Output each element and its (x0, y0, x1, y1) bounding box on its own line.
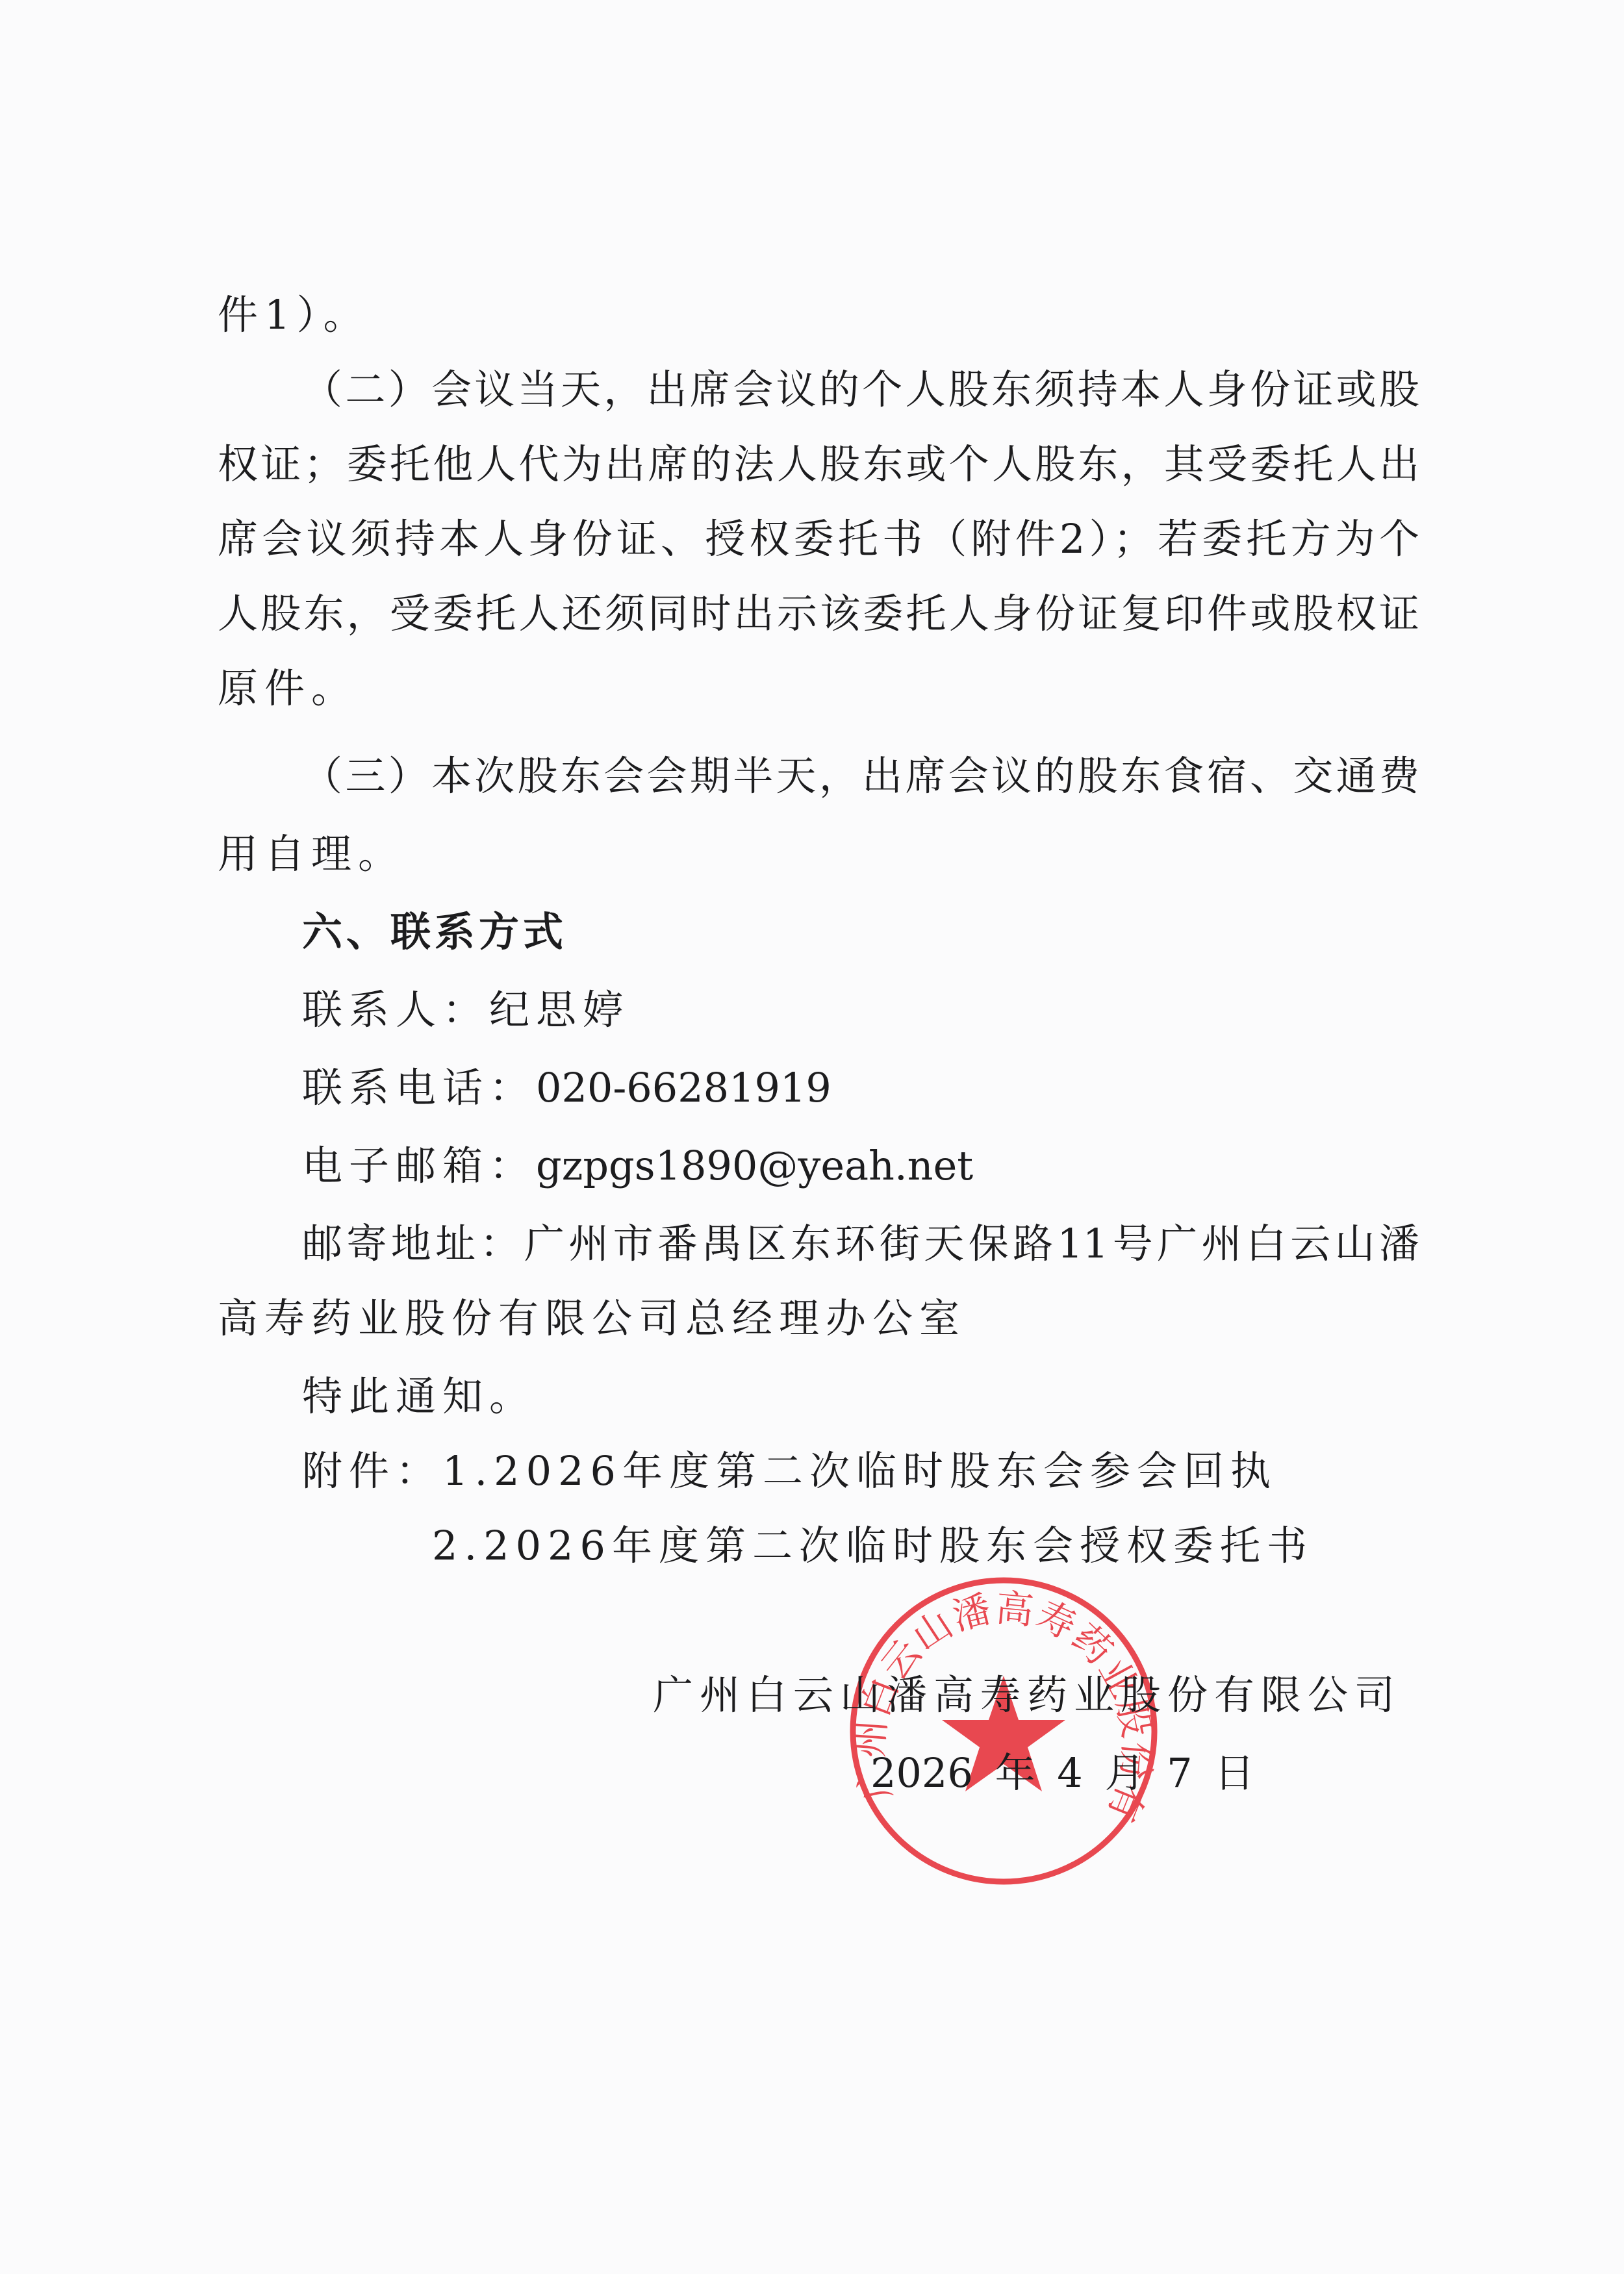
contact-address-line-1: 邮寄地址：广州市番禺区东环街天保路11号广州白云山潘 (302, 1218, 1419, 1270)
contact-address-label: 邮寄地址： (302, 1220, 524, 1267)
signature-date: 2026 年 4 月 7 日 (870, 1747, 1254, 1799)
contact-person-value: 纪思婷 (489, 986, 629, 1033)
contact-address-line-2: 高寿药业股份有限公司总经理办公室 (218, 1293, 966, 1345)
paragraph-3-line-1: （三）本次股东会会期半天，出席会议的股东食宿、交通费 (302, 750, 1419, 802)
section-heading-contact: 六、联系方式 (302, 906, 567, 958)
paragraph-2-line-2: 权证；委托他人代为出席的法人股东或个人股东，其受委托人出 (218, 438, 1419, 490)
signature-company: 广州白云山潘高寿药业股份有限公司 (653, 1669, 1401, 1721)
company-seal-icon: 广州白云山潘高寿药业股份有限公司 (835, 1565, 1173, 1890)
paragraph-2-line-3: 席会议须持本人身份证、授权委托书（附件2）；若委托方为个 (218, 513, 1419, 565)
attachment-1-title: 1.2026年度第二次临时股东会参会回执 (442, 1447, 1277, 1495)
document-page: 件1）。 （二）会议当天，出席会议的个人股东须持本人身份证或股 权证；委托他人代… (0, 0, 1624, 2274)
paragraph-continuation: 件1）。 (218, 289, 370, 341)
contact-person-label: 联系人： (302, 986, 489, 1033)
contact-phone-label: 联系电话： (302, 1064, 536, 1111)
contact-address-value: 广州市番禺区东环街天保路11号广州白云山潘 (524, 1220, 1419, 1267)
contact-person: 联系人：纪思婷 (302, 984, 629, 1036)
attachment-label: 附件： (302, 1447, 442, 1495)
paragraph-2-line-1: （二）会议当天，出席会议的个人股东须持本人身份证或股 (302, 364, 1419, 416)
contact-phone-value: 020-66281919 (536, 1064, 831, 1111)
contact-email: 电子邮箱：gzpgs1890@yeah.net (302, 1140, 973, 1192)
contact-email-value: gzpgs1890@yeah.net (536, 1142, 973, 1189)
contact-phone: 联系电话：020-66281919 (302, 1062, 831, 1114)
attachment-1: 附件：1.2026年度第二次临时股东会参会回执 (302, 1445, 1277, 1497)
paragraph-2-line-4: 人股东，受委托人还须同时出示该委托人身份证复印件或股权证 (218, 588, 1419, 640)
attachment-2: 2.2026年度第二次临时股东会授权委托书 (432, 1520, 1313, 1572)
contact-email-label: 电子邮箱： (302, 1142, 536, 1189)
paragraph-3-line-2: 用自理。 (218, 828, 405, 880)
paragraph-2-line-5: 原件。 (218, 663, 358, 714)
closing-remark: 特此通知。 (302, 1371, 536, 1422)
